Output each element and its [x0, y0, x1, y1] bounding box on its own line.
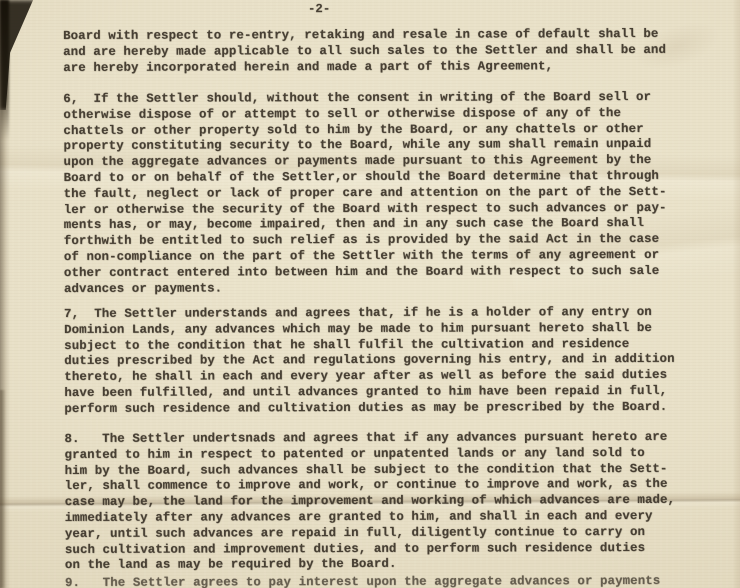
- paragraph-clause-6: 6, If the Settler should, without the co…: [63, 90, 667, 297]
- page-number: -2-: [308, 2, 330, 16]
- paragraph-clause-7: 7, The Settler understands and agrees th…: [64, 305, 675, 418]
- scanned-document-page: -2- Board with respect to re-entry, reta…: [0, 0, 740, 588]
- paragraph-clause-8: 8. The Settler undertsnads and agrees th…: [64, 430, 675, 574]
- paragraph-continuation: Board with respect to re-entry, retaking…: [63, 27, 666, 76]
- typewritten-text-layer: -2- Board with respect to re-entry, reta…: [0, 0, 740, 588]
- paragraph-clause-9-cutoff: 9. The Settler agrees to pay interest up…: [65, 574, 660, 588]
